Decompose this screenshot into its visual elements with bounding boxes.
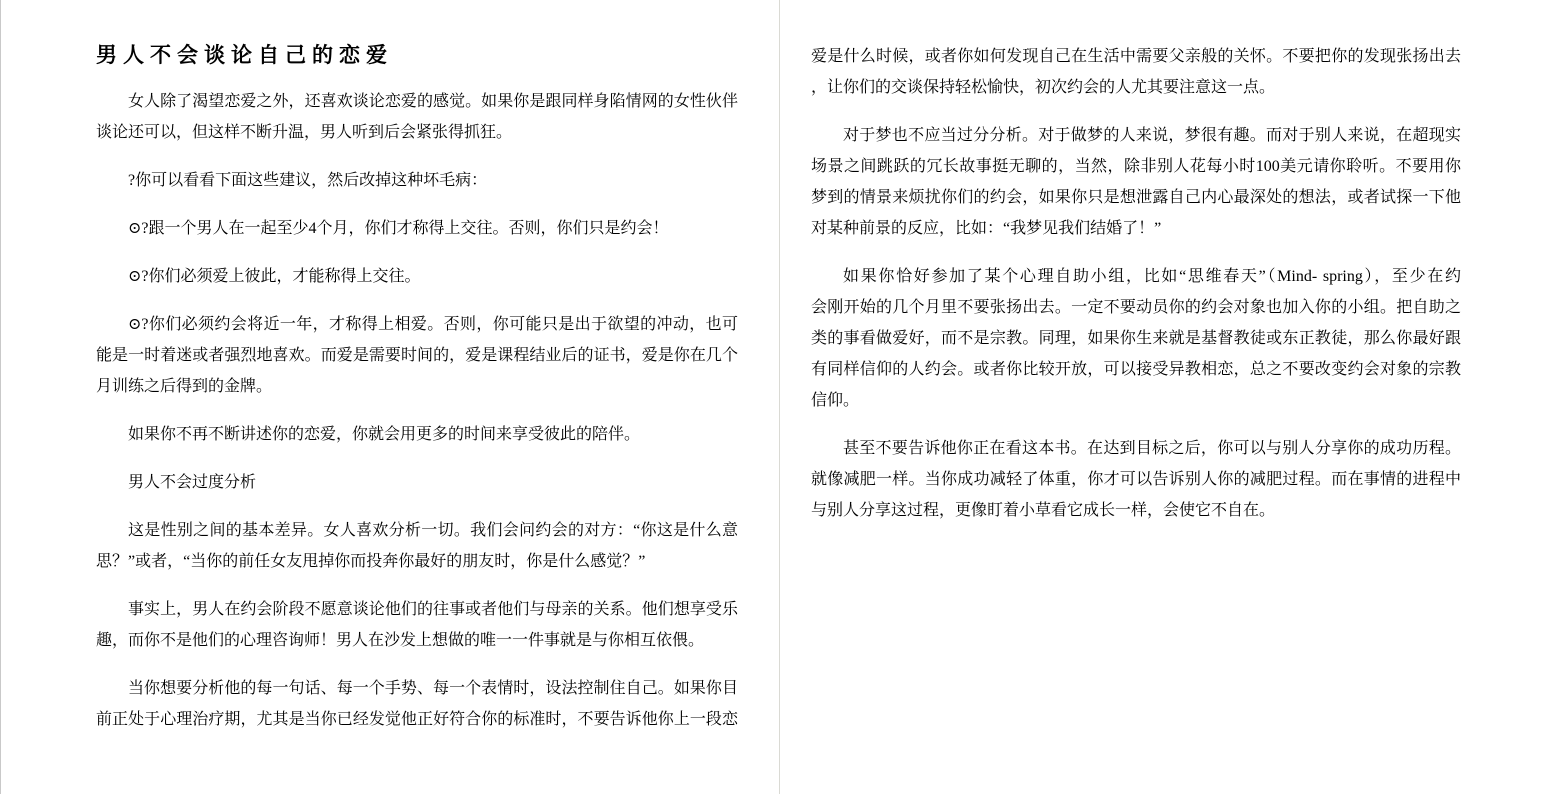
text-line: 就像减肥一样。当你成功减轻了体重，你才可以告诉别人你的减肥过程。而在事情的进程中 [811, 464, 1461, 495]
text-line: 谈论还可以，但这样不断升温，男人听到后会紧张得抓狂。 [96, 117, 738, 148]
text-line: 思？”或者，“当你的前任女友甩掉你而投奔你最好的朋友时，你是什么感觉？” [96, 546, 738, 577]
page-right: 爱是什么时候，或者你如何发现自己在生活中需要父亲般的关怀。不要把你的发现张扬出去… [811, 41, 1461, 543]
text-line: 对于梦也不应当过分分析。对于做梦的人来说，梦很有趣。而对于别人来说，在超现实 [811, 120, 1461, 151]
paragraph: 女人除了渴望恋爱之外，还喜欢谈论恋爱的感觉。如果你是跟同样身陷情网的女性伙伴谈论… [96, 86, 738, 148]
left-edge-line [0, 0, 1, 794]
paragraph: 事实上，男人在约会阶段不愿意谈论他们的往事或者他们与母亲的关系。他们想享受乐趣，… [96, 594, 738, 656]
text-line: 如果你恰好参加了某个心理自助小组，比如“思维春天”（Mind- spring），… [811, 261, 1461, 292]
text-line: 信仰。 [811, 385, 1461, 416]
text-line: 有同样信仰的人约会。或者你比较开放，可以接受异教相恋，总之不要改变约会对象的宗教 [811, 354, 1461, 385]
text-line: 月训练之后得到的金牌。 [96, 371, 738, 402]
book-spread: 男人不会谈论自己的恋爱 女人除了渴望恋爱之外，还喜欢谈论恋爱的感觉。如果你是跟同… [0, 0, 1554, 794]
text-line: 趣，而你不是他们的心理咨询师！男人在沙发上想做的唯一一件事就是与你相互依偎。 [96, 625, 738, 656]
text-line: 事实上，男人在约会阶段不愿意谈论他们的往事或者他们与母亲的关系。他们想享受乐 [96, 594, 738, 625]
text-line: 会刚开始的几个月里不要张扬出去。一定不要动员你的约会对象也加入你的小组。把自助之 [811, 292, 1461, 323]
section-subheading: 男人不会过度分析 [96, 467, 738, 498]
page-left: 男人不会谈论自己的恋爱 女人除了渴望恋爱之外，还喜欢谈论恋爱的感觉。如果你是跟同… [96, 40, 738, 752]
text-line: 当你想要分析他的每一句话、每一个手势、每一个表情时，设法控制住自己。如果你目 [96, 673, 738, 704]
paragraph: 这是性别之间的基本差异。女人喜欢分析一切。我们会问约会的对方：“你这是什么意思？… [96, 515, 738, 577]
chapter-heading: 男人不会谈论自己的恋爱 [96, 40, 738, 70]
right-page-text: 爱是什么时候，或者你如何发现自己在生活中需要父亲般的关怀。不要把你的发现张扬出去… [811, 41, 1461, 526]
paragraph: ⊙?跟一个男人在一起至少4个月，你们才称得上交往。否则，你们只是约会！ [96, 213, 738, 244]
text-line: 男人不会过度分析 [96, 467, 738, 498]
text-line: 场景之间跳跃的冗长故事挺无聊的，当然，除非别人花每小时100美元请你聆听。不要用… [811, 151, 1461, 182]
text-line: ?你可以看看下面这些建议，然后改掉这种坏毛病： [96, 165, 738, 196]
paragraph: 如果你恰好参加了某个心理自助小组，比如“思维春天”（Mind- spring），… [811, 261, 1461, 416]
text-line: ，让你们的交谈保持轻松愉快，初次约会的人尤其要注意这一点。 [811, 72, 1461, 103]
page-divider [779, 0, 780, 794]
text-line: 对某种前景的反应，比如：“我梦见我们结婚了！” [811, 213, 1461, 244]
text-line: 如果你不再不断讲述你的恋爱，你就会用更多的时间来享受彼此的陪伴。 [96, 419, 738, 450]
text-line: 前正处于心理治疗期，尤其是当你已经发觉他正好符合你的标准时，不要告诉他你上一段恋 [96, 704, 738, 735]
text-line: 梦到的情景来烦扰你们的约会，如果你只是想泄露自己内心最深处的想法，或者试探一下他 [811, 182, 1461, 213]
paragraph: ⊙?你们必须约会将近一年，才称得上相爱。否则，你可能只是出于欲望的冲动，也可能是… [96, 309, 738, 402]
paragraph: ?你可以看看下面这些建议，然后改掉这种坏毛病： [96, 165, 738, 196]
paragraph: 如果你不再不断讲述你的恋爱，你就会用更多的时间来享受彼此的陪伴。 [96, 419, 738, 450]
text-line: ⊙?你们必须约会将近一年，才称得上相爱。否则，你可能只是出于欲望的冲动，也可 [96, 309, 738, 340]
text-line: 与别人分享这过程，更像盯着小草看它成长一样，会使它不自在。 [811, 495, 1461, 526]
text-line: 甚至不要告诉他你正在看这本书。在达到目标之后，你可以与别人分享你的成功历程。 [811, 433, 1461, 464]
text-line: ⊙?跟一个男人在一起至少4个月，你们才称得上交往。否则，你们只是约会！ [96, 213, 738, 244]
text-line: 能是一时着迷或者强烈地喜欢。而爱是需要时间的，爱是课程结业后的证书，爱是你在几个 [96, 340, 738, 371]
paragraph: ⊙?你们必须爱上彼此，才能称得上交往。 [96, 261, 738, 292]
paragraph: 对于梦也不应当过分分析。对于做梦的人来说，梦很有趣。而对于别人来说，在超现实场景… [811, 120, 1461, 244]
paragraph: 当你想要分析他的每一句话、每一个手势、每一个表情时，设法控制住自己。如果你目前正… [96, 673, 738, 735]
text-line: 女人除了渴望恋爱之外，还喜欢谈论恋爱的感觉。如果你是跟同样身陷情网的女性伙伴 [96, 86, 738, 117]
text-line: 这是性别之间的基本差异。女人喜欢分析一切。我们会问约会的对方：“你这是什么意 [96, 515, 738, 546]
text-line: 类的事看做爱好，而不是宗教。同理，如果你生来就是基督教徒或东正教徒，那么你最好跟 [811, 323, 1461, 354]
paragraph: 爱是什么时候，或者你如何发现自己在生活中需要父亲般的关怀。不要把你的发现张扬出去… [811, 41, 1461, 103]
text-line: 爱是什么时候，或者你如何发现自己在生活中需要父亲般的关怀。不要把你的发现张扬出去 [811, 41, 1461, 72]
left-page-text: 女人除了渴望恋爱之外，还喜欢谈论恋爱的感觉。如果你是跟同样身陷情网的女性伙伴谈论… [96, 86, 738, 735]
paragraph: 甚至不要告诉他你正在看这本书。在达到目标之后，你可以与别人分享你的成功历程。就像… [811, 433, 1461, 526]
text-line: ⊙?你们必须爱上彼此，才能称得上交往。 [96, 261, 738, 292]
